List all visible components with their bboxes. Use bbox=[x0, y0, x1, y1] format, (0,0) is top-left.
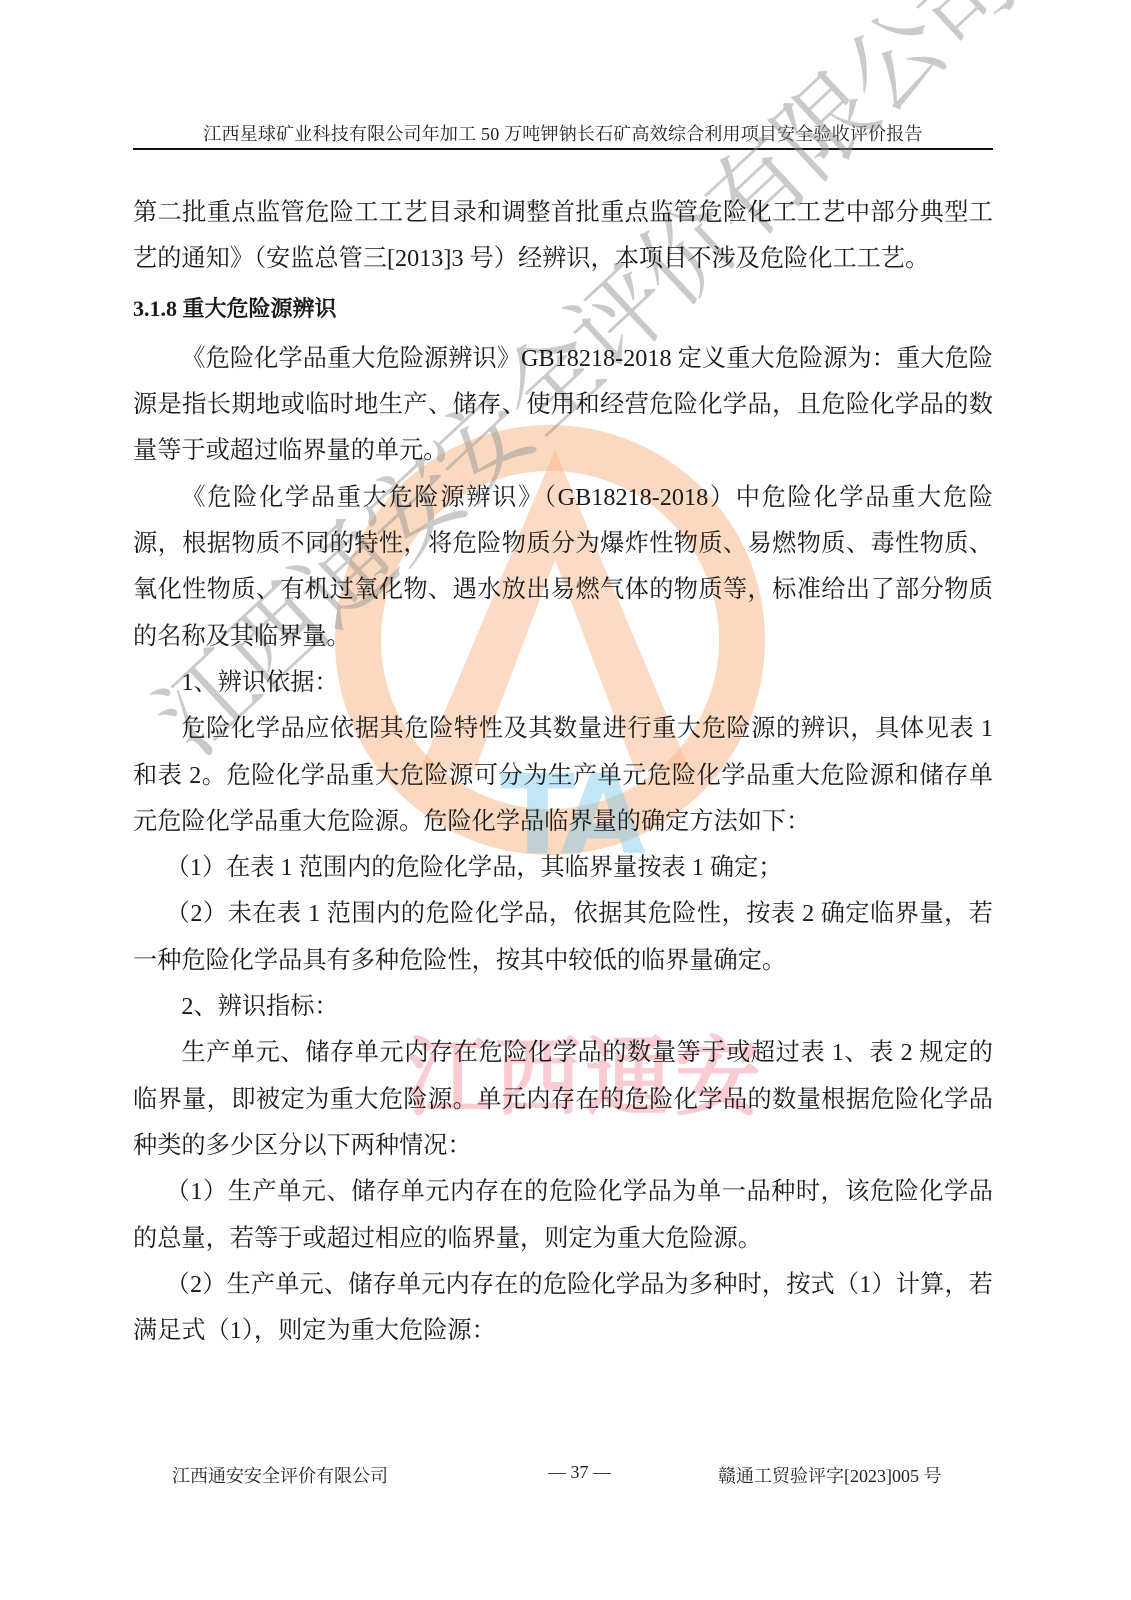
header-divider bbox=[133, 148, 993, 150]
list-item-basis-1: （1）在表 1 范围内的危险化学品，其临界量按表 1 确定； bbox=[133, 845, 993, 891]
list-item-indicator-2: （2）生产单元、储存单元内存在的危险化学品为多种时，按式（1）计算，若满足式（1… bbox=[133, 1262, 993, 1355]
document-body: 第二批重点监管危险工工艺目录和调整首批重点监管危险化工工艺中部分典型工艺的通知》… bbox=[133, 190, 993, 1354]
list-item-indicator-1: （1）生产单元、储存单元内存在的危险化学品为单一品种时，该危险化学品的总量，若等… bbox=[133, 1169, 993, 1262]
list-item-basis-2: （2）未在表 1 范围内的危险化学品，依据其危险性，按表 2 确定临界量，若一种… bbox=[133, 891, 993, 984]
paragraph-indicators: 生产单元、储存单元内存在危险化学品的数量等于或超过表 1、表 2 规定的临界量，… bbox=[133, 1030, 993, 1169]
paragraph-basis: 危险化学品应依据其危险特性及其数量进行重大危险源的辨识，具体见表 1 和表 2。… bbox=[133, 706, 993, 845]
subheading-indicators: 2、辨识指标： bbox=[133, 984, 993, 1030]
paragraph-classification: 《危险化学品重大危险源辨识》（GB18218-2018）中危险化学品重大危险源，… bbox=[133, 475, 993, 660]
footer-company: 江西通安安全评价有限公司 bbox=[172, 1462, 388, 1488]
subheading-basis: 1、辨识依据： bbox=[133, 660, 993, 706]
footer-page-number: — 37 — bbox=[548, 1462, 611, 1483]
paragraph-definition: 《危险化学品重大危险源辨识》GB18218-2018 定义重大危险源为：重大危险… bbox=[133, 336, 993, 475]
paragraph-continuation: 第二批重点监管危险工工艺目录和调整首批重点监管危险化工工艺中部分典型工艺的通知》… bbox=[133, 190, 993, 283]
page-header-title: 江西星球矿业科技有限公司年加工 50 万吨钾钠长石矿高效综合利用项目安全验收评价… bbox=[133, 120, 993, 146]
section-title: 3.1.8 重大危险源辨识 bbox=[133, 286, 993, 332]
footer-doc-number: 赣通工贸验评字[2023]005 号 bbox=[718, 1462, 942, 1488]
